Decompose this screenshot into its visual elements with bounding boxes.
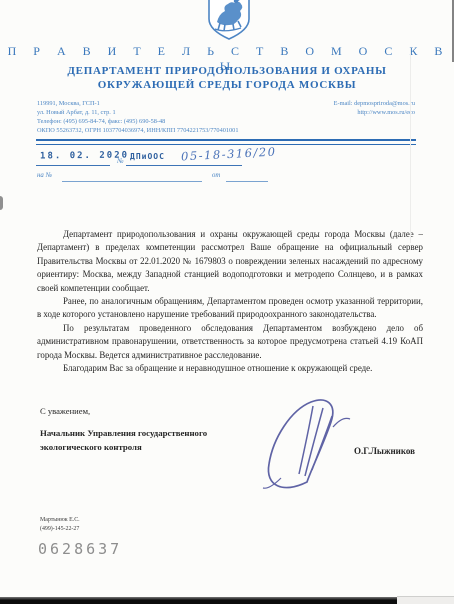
signer-title: Начальник Управления государственного эк… <box>40 427 250 454</box>
letter-body: Департамент природопользования и охраны … <box>37 228 423 375</box>
department-title-line2: ОКРУЖАЮЩЕЙ СРЕДЫ ГОРОДА МОСКВЫ <box>0 79 454 91</box>
email-line: E-mail: depmospriroda@mos.ru <box>235 99 415 108</box>
scan-edge-bar-light <box>397 596 454 604</box>
paper-crease <box>410 48 411 243</box>
signer-title-line1: Начальник Управления государственного <box>40 427 250 441</box>
address-line: 119991, Москва, ГСП-1 <box>37 99 257 108</box>
address-line: Телефон: (495) 695-84-74, факс: (495) 69… <box>37 117 257 126</box>
executor-name: Мартынюк Е.С. <box>40 516 80 525</box>
number-sign-label: № <box>117 157 124 165</box>
executor-phone: (499)-145-22-27 <box>40 525 80 534</box>
letter-page: П Р А В И Т Е Л Ь С Т В О М О С К В Ы ДЕ… <box>0 0 454 604</box>
body-paragraph: По результатам проведенного обследования… <box>37 322 423 362</box>
body-paragraph: Ранее, по аналогичным обращениям, Департ… <box>37 295 423 322</box>
website-line: http://www.mos.ru/eco <box>235 108 415 117</box>
letterhead-divider <box>36 139 416 145</box>
address-block: 119991, Москва, ГСП-1 ул. Новый Арбат, д… <box>37 99 257 135</box>
salutation: С уважением, <box>40 406 90 416</box>
date-stamp: 18. 02. 2020 <box>40 151 129 162</box>
date-underline <box>36 165 110 166</box>
reply-to-label: на № <box>37 172 52 179</box>
address-line: ОКПО 55263732, ОГРН 1037704036974, ИНН/К… <box>37 126 257 135</box>
department-title-line1: ДЕПАРТАМЕНТ ПРИРОДОПОЛЬЗОВАНИЯ И ОХРАНЫ <box>0 65 454 77</box>
executor-block: Мартынюк Е.С. (499)-145-22-27 <box>40 516 80 533</box>
moscow-coat-of-arms-icon <box>205 0 253 42</box>
body-paragraph: Департамент природопользования и охраны … <box>37 228 423 295</box>
signer-name: О.Г.Лыжников <box>354 446 415 456</box>
signature-autograph <box>253 394 368 496</box>
number-underline <box>126 165 242 166</box>
department-code-stamp: ДПиООС <box>130 152 165 161</box>
address-line: ул. Новый Арбат, д. 11, стр. 1 <box>37 108 257 117</box>
from-date-label: от <box>212 172 220 179</box>
from-date-blank-line <box>226 181 268 182</box>
handwritten-outgoing-number: 05-18-316/20 <box>181 145 277 164</box>
scan-smudge <box>0 196 3 210</box>
body-paragraph: Благодарим Вас за обращение и неравнодуш… <box>37 362 423 375</box>
signer-title-line2: экологического контроля <box>40 441 250 455</box>
contacts-block: E-mail: depmospriroda@mos.ru http://www.… <box>235 99 415 117</box>
document-registration-number: 0628637 <box>38 540 122 558</box>
reply-number-blank-line <box>62 181 202 182</box>
scan-edge-bar <box>0 597 397 604</box>
